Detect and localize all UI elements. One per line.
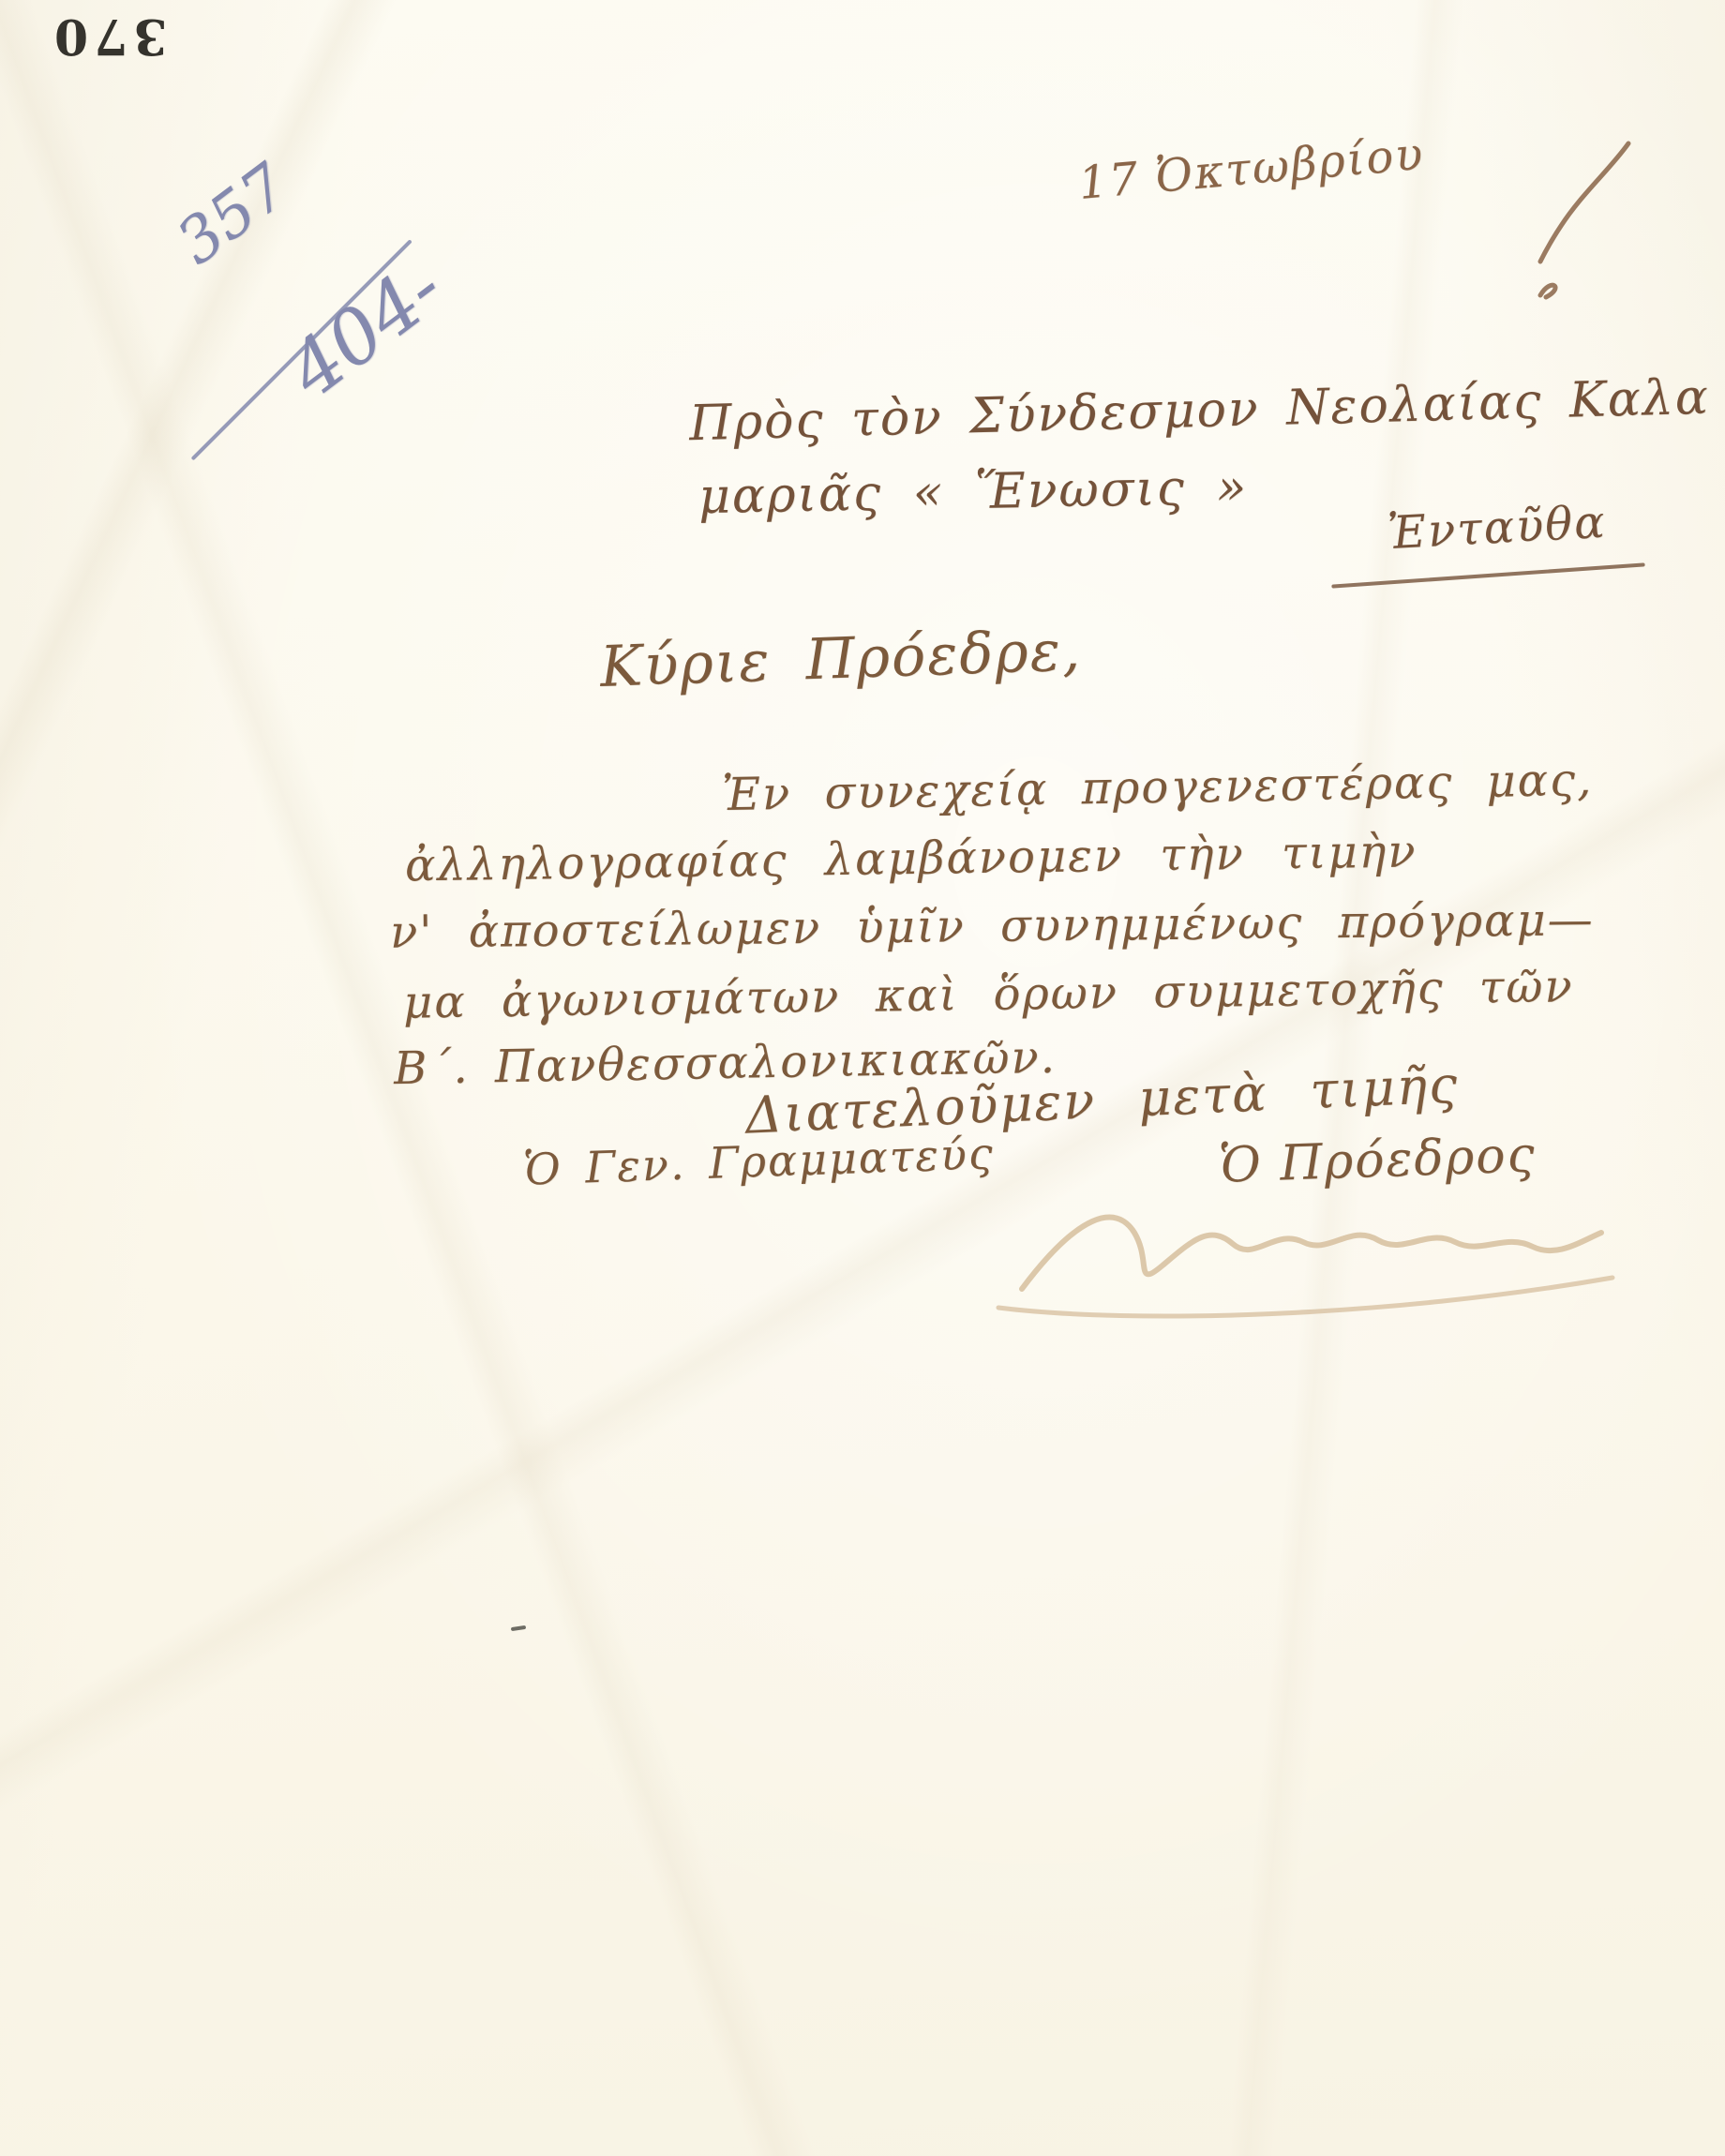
page-number-stamp: 370 [49, 7, 168, 65]
body-line-3: ν' ἀποστείλωμεν ὑμῖν συνημμένως πρόγραμ— [390, 893, 1595, 958]
letter-date: 17 Ὀκτωβρίου [1076, 127, 1426, 210]
date-flourish-stroke [1533, 136, 1636, 267]
scanned-letter-page: 370 357 404- 17 Ὀκτωβρίου Πρὸς τὸν Σύνδε… [0, 0, 1725, 2156]
body-line-4: μα ἀγωνισμάτων καὶ ὅρων συμμετοχῆς τῶν [403, 960, 1574, 1028]
body-line-2: ἀλληλογραφίας λαμβάνομεν τὴν τιμὴν [405, 825, 1417, 891]
address-underline [1331, 562, 1644, 588]
body-line-1: Ἐν συνεχείᾳ προγενεστέρας μας, [722, 754, 1594, 821]
address-line-3: Ἐνταῦθα [1387, 496, 1608, 560]
archive-number-numerator: 357 [164, 150, 302, 278]
secretary-title: Ὁ Γεν. Γραμματεύς [522, 1128, 995, 1195]
ink-speck [511, 1625, 526, 1631]
address-line-1: Πρὸς τὸν Σύνδεσμον Νεολαίας Καλα [688, 369, 1710, 452]
archive-number-denominator: 404- [272, 244, 459, 414]
address-line-2: μαριᾶς « Ἕνωσις » [698, 459, 1249, 525]
salutation: Κύριε Πρόεδρε, [599, 618, 1083, 700]
president-signature [994, 1176, 1631, 1326]
